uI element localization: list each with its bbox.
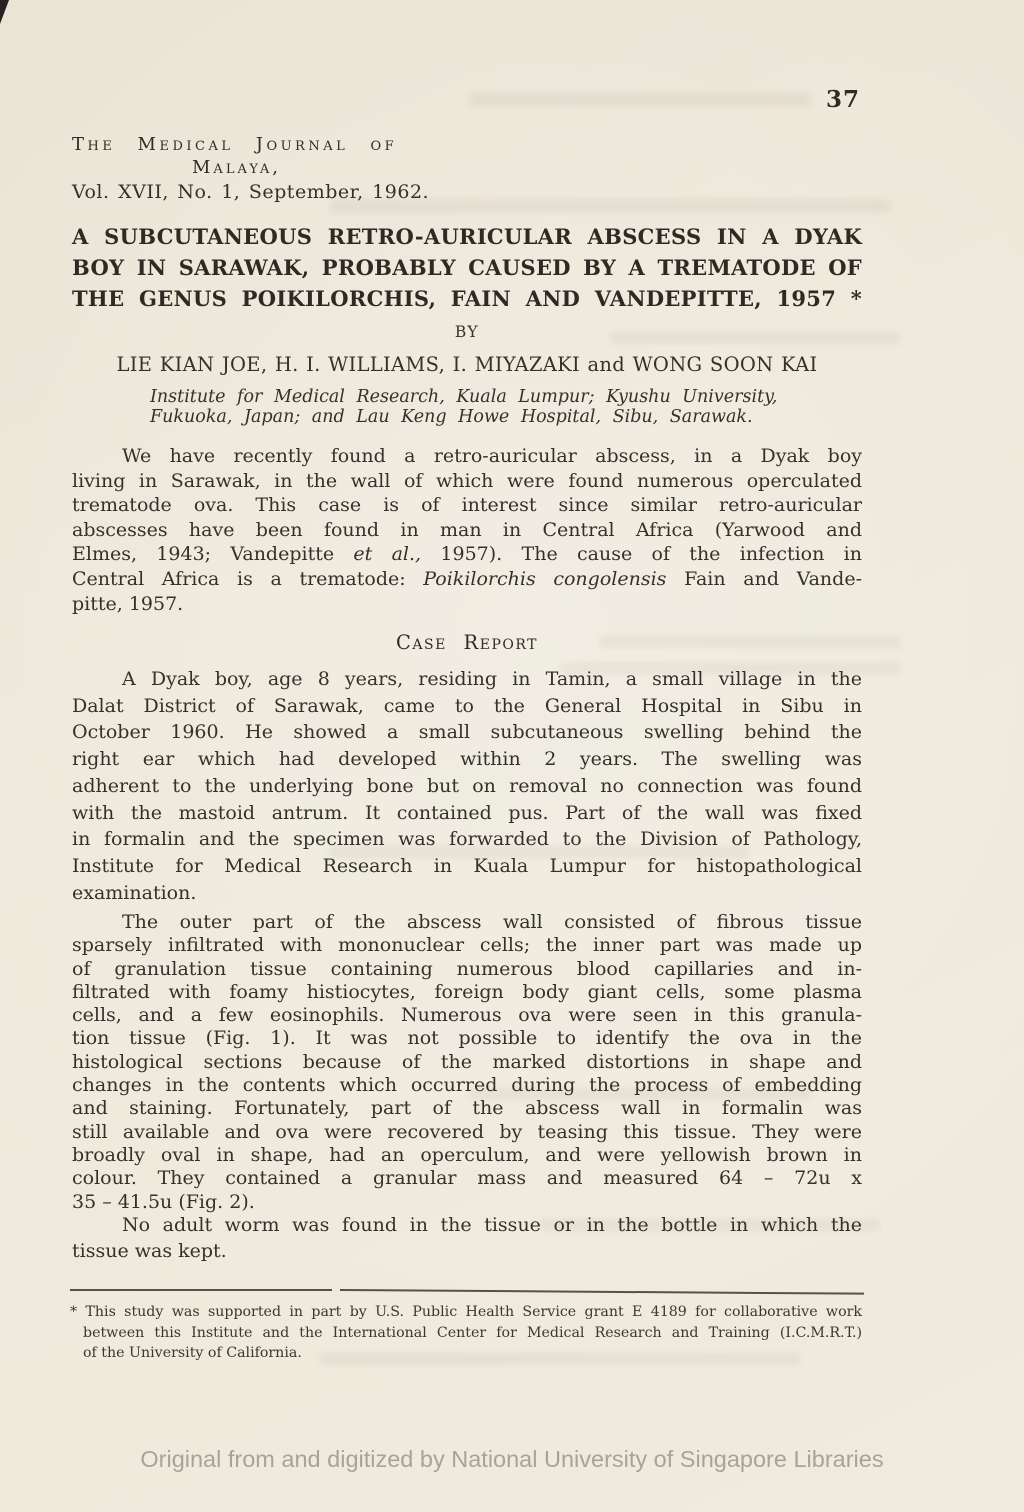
journal-name-line2: Malaya,	[192, 156, 429, 179]
text-line: Institute for Medical Research, Kuala Lu…	[150, 387, 830, 407]
show-through-artifact	[470, 93, 810, 106]
text-line: abscesses have been found in man in Cent…	[72, 518, 862, 543]
text-line: 35 – 41.5u (Fig. 2).	[72, 1191, 862, 1214]
journal-name-line1: The Medical Journal of	[72, 133, 429, 156]
text-line: histological sections because of the mar…	[72, 1051, 862, 1074]
article-authors: LIE KIAN JOE, H. I. WILLIAMS, I. MIYAZAK…	[72, 353, 862, 376]
text-line: colour. They contained a granular mass a…	[72, 1167, 862, 1190]
article-title: A SUBCUTANEOUS RETRO-AURICULAR ABSCESS I…	[72, 221, 862, 314]
text-line: Central Africa is a trematode: Poikilorc…	[72, 567, 862, 592]
scan-corner-artifact	[0, 0, 9, 24]
text-line: changes in the contents which occurred d…	[72, 1074, 862, 1097]
text-line: A Dyak boy, age 8 years, residing in Tam…	[72, 666, 862, 693]
text-line: sparsely infiltrated with mononuclear ce…	[72, 934, 862, 957]
text-line: broadly oval in shape, had an operculum,…	[72, 1144, 862, 1167]
footnote-rule-left-segment	[70, 1289, 332, 1291]
paragraph-case-history: A Dyak boy, age 8 years, residing in Tam…	[72, 666, 862, 906]
text-line: No adult worm was found in the tissue or…	[72, 1212, 862, 1238]
text-line: still available and ova were recovered b…	[72, 1121, 862, 1144]
text-line: and staining. Fortunately, part of the a…	[72, 1097, 862, 1120]
text-line: * This study was supported in part by U.…	[70, 1302, 862, 1323]
text-line: trematode ova. This case is of interest …	[72, 493, 862, 518]
page-number: 37	[826, 86, 860, 113]
text-line: in formalin and the specimen was forward…	[72, 826, 862, 853]
text-line: adherent to the underlying bone but on r…	[72, 773, 862, 800]
text-line: living in Sarawak, in the wall of which …	[72, 469, 862, 494]
text-line: Institute for Medical Research in Kuala …	[72, 853, 862, 880]
paragraph-pathology-findings: The outer part of the abscess wall consi…	[72, 911, 862, 1214]
text-line: right ear which had developed within 2 y…	[72, 746, 862, 773]
footnote-rule	[70, 1287, 864, 1297]
text-line: of granulation tissue containing numerou…	[72, 958, 862, 981]
funding-footnote: * This study was supported in part by U.…	[70, 1302, 862, 1364]
text-line: October 1960. He showed a small subcutan…	[72, 719, 862, 746]
article-affiliation: Institute for Medical Research, Kuala Lu…	[150, 387, 830, 427]
text-line: of the University of California.	[70, 1343, 862, 1364]
text-line: filtrated with foamy histiocytes, foreig…	[72, 981, 862, 1004]
paragraph-no-adult-worm: No adult worm was found in the tissue or…	[72, 1212, 862, 1264]
footnote-rule-right-segment	[340, 1289, 864, 1295]
text-line: The outer part of the abscess wall consi…	[72, 911, 862, 934]
text-line: We have recently found a retro-auricular…	[72, 444, 862, 469]
text-line: cells, and a few eosinophils. Numerous o…	[72, 1004, 862, 1027]
text-line: A SUBCUTANEOUS RETRO-AURICULAR ABSCESS I…	[72, 221, 862, 252]
text-line: Dalat District of Sarawak, came to the G…	[72, 693, 862, 720]
digitization-watermark: Original from and digitized by National …	[0, 1446, 1024, 1473]
text-line: Elmes, 1943; Vandepitte et al., 1957). T…	[72, 542, 862, 567]
paragraph-introduction: We have recently found a retro-auricular…	[72, 444, 862, 616]
text-line: BOY IN SARAWAK, PROBABLY CAUSED BY A TRE…	[72, 252, 862, 283]
text-line: between this Institute and the Internati…	[70, 1323, 862, 1344]
text-line: Fukuoka, Japan; and Lau Keng Howe Hospit…	[150, 407, 830, 427]
byline-label: BY	[72, 323, 862, 341]
text-line: with the mastoid antrum. It contained pu…	[72, 800, 862, 827]
text-line: pitte, 1957.	[72, 592, 862, 617]
journal-issue-line: Vol. XVII, No. 1, September, 1962.	[72, 181, 429, 204]
text-line: tion tissue (Fig. 1). It was not possibl…	[72, 1027, 862, 1050]
scanned-journal-page: 37 The Medical Journal of Malaya, Vol. X…	[0, 0, 1024, 1512]
text-line: tissue was kept.	[72, 1238, 862, 1264]
section-heading-case-report: Case Report	[72, 631, 862, 654]
text-line: THE GENUS POIKILORCHIS, FAIN AND VANDEPI…	[72, 283, 862, 314]
text-line: examination.	[72, 880, 862, 907]
journal-masthead: The Medical Journal of Malaya, Vol. XVII…	[72, 133, 429, 204]
